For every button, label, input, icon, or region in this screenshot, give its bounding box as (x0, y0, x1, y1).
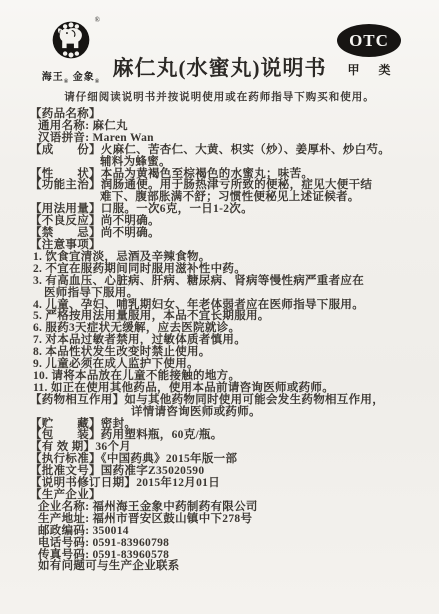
line-pinyin: 汉语拼音: Maren Wan (38, 133, 433, 145)
line-contact-note: 如有问题可与生产企业联系 (38, 561, 433, 573)
page-title: 麻仁丸(水蜜丸)说明书 (0, 52, 439, 82)
line-precaution-2: 2. 不宜在服药期间同时服用滋补性中药。 (33, 264, 433, 276)
line-precaution-3: 3. 有高血压、心脏病、肝病、糖尿病、肾病等慢性病严重者应在 (33, 276, 433, 288)
line-company-address: 生产地址: 福州市晋安区鼓山镇中下278号 (38, 514, 433, 526)
line-drug-interactions-cont: 详情请咨询医师或药师。 (131, 407, 433, 419)
registered-mark-icon: ® (95, 16, 100, 24)
line-ingredients-cont: 辅料为蜂蜜。 (100, 157, 433, 169)
line-precaution-1: 1. 饮食宜清淡，忌酒及辛辣食物。 (33, 252, 433, 264)
otc-label: OTC (349, 31, 389, 51)
leaflet-page: ® 海王® 金象® OTC 甲 类 麻仁丸(水蜜丸)说明书 请仔细阅读说明书并按… (0, 0, 439, 614)
page-subtitle: 请仔细阅读说明书并按说明使用或在药师指导下购买和使用。 (0, 89, 439, 104)
line-precaution-3-cont: 医师指导下服用。 (44, 288, 433, 300)
line-drug-interactions: 【药物相互作用】如与其他药物同时使用可能会发生药物相互作用， (30, 395, 433, 407)
line-phone-number: 电话号码: 0591-83960798 (38, 538, 433, 550)
leaflet-body: 【药品名称】 通用名称: 麻仁丸 汉语拼音: Maren Wan 【成 份】火麻… (0, 109, 433, 573)
line-postal-code: 邮政编码: 350014 (38, 526, 433, 538)
line-ingredients: 【成 份】火麻仁、苦杏仁、大黄、枳实（炒）、姜厚朴、炒白芍。 (30, 145, 433, 157)
line-precaution-11: 11. 如正在使用其他药品，使用本品前请咨询医师或药师。 (33, 383, 433, 395)
